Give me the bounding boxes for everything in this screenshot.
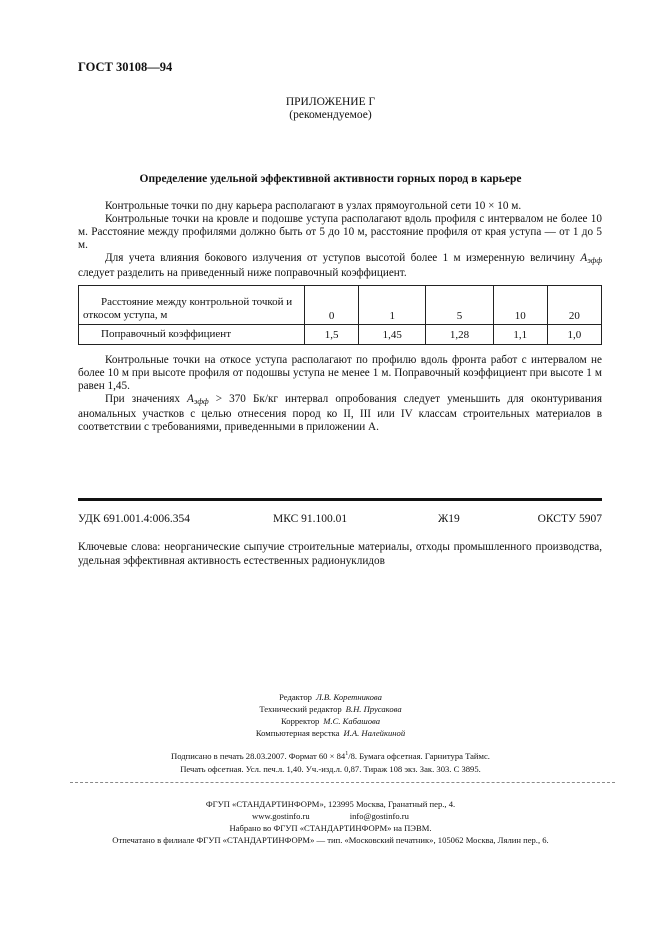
editorial-credits: РедакторЛ.В. Коретникова Технический ред… (0, 691, 661, 739)
udk-code: УДК 691.001.4:006.354 (78, 513, 190, 525)
credit-line: Технический редакторВ.Н. Прусакова (0, 703, 661, 715)
paragraph-threshold: При значениях Aэфф > 370 Бк/кг интервал … (78, 393, 602, 434)
aeff-symbol: Aэфф (187, 393, 209, 405)
credit-line: КорректорМ.С. Кабашова (0, 715, 661, 727)
coefficient-cell: 1,5 (305, 325, 359, 345)
intro-paragraphs: Контрольные точки по дну карьера распола… (78, 200, 602, 280)
row-label-distance: Расстояние между контрольной точкой и от… (79, 286, 305, 325)
printed-info: Отпечатано в филиале ФГУП «СТАНДАРТИНФОР… (0, 834, 661, 846)
correction-coefficient-table: Расстояние между контрольной точкой и от… (78, 285, 602, 345)
okstu-code: ОКСТУ 5907 (538, 513, 602, 525)
distance-cell: 10 (493, 286, 547, 325)
zh-code: Ж19 (438, 513, 460, 525)
paragraph-side-radiation: Для учета влияния бокового излучения от … (78, 252, 602, 280)
distance-cell: 1 (359, 286, 426, 325)
paragraph-profile-points: Контрольные точки на кровле и подошве ус… (78, 213, 602, 252)
coefficient-cell: 1,45 (359, 325, 426, 345)
appendix-title: ПРИЛОЖЕНИЕ Г (0, 96, 661, 109)
dashed-divider (70, 782, 615, 783)
appendix-subtitle: (рекомендуемое) (0, 109, 661, 122)
print-info-line1: Подписано в печать 28.03.2007. Формат 60… (0, 748, 661, 763)
row-label-coefficient: Поправочный коэффициент (79, 325, 305, 345)
table-row-distance: Расстояние между контрольной точкой и от… (79, 286, 602, 325)
section-divider (78, 498, 602, 501)
distance-cell: 20 (547, 286, 601, 325)
distance-cell: 5 (426, 286, 493, 325)
distance-cell: 0 (305, 286, 359, 325)
paragraph-bottom-grid: Контрольные точки по дну карьера распола… (78, 200, 602, 213)
credit-line: Компьютерная версткаИ.А. Налейкиной (0, 727, 661, 739)
publisher-address: ФГУП «СТАНДАРТИНФОРМ», 123995 Москва, Гр… (0, 798, 661, 810)
document-code: ГОСТ 30108—94 (78, 60, 172, 75)
coefficient-cell: 1,28 (426, 325, 493, 345)
keywords: Ключевые слова: неорганические сыпучие с… (78, 540, 602, 568)
print-information: Подписано в печать 28.03.2007. Формат 60… (0, 748, 661, 776)
website-link[interactable]: www.gostinfo.ru (252, 811, 310, 821)
publisher-contacts: www.gostinfo.ruinfo@gostinfo.ru (0, 810, 661, 822)
closing-paragraphs: Контрольные точки на откосе уступа распо… (78, 354, 602, 434)
print-info-line2: Печать офсетная. Усл. печ.л. 1,40. Уч.-и… (0, 763, 661, 776)
section-title: Определение удельной эффективной активно… (0, 173, 661, 185)
credit-line: РедакторЛ.В. Коретникова (0, 691, 661, 703)
coefficient-cell: 1,0 (547, 325, 601, 345)
table-row-coefficient: Поправочный коэффициент 1,5 1,45 1,28 1,… (79, 325, 602, 345)
aeff-symbol: Aэфф (580, 252, 602, 264)
coefficient-cell: 1,1 (493, 325, 547, 345)
email-link[interactable]: info@gostinfo.ru (350, 811, 409, 821)
mks-code: МКС 91.100.01 (273, 513, 347, 525)
paragraph-slope-points: Контрольные точки на откосе уступа распо… (78, 354, 602, 393)
appendix-heading: ПРИЛОЖЕНИЕ Г (рекомендуемое) (0, 96, 661, 122)
publisher-information: ФГУП «СТАНДАРТИНФОРМ», 123995 Москва, Гр… (0, 798, 661, 846)
typeset-info: Набрано во ФГУП «СТАНДАРТИНФОРМ» на ПЭВМ… (0, 822, 661, 834)
